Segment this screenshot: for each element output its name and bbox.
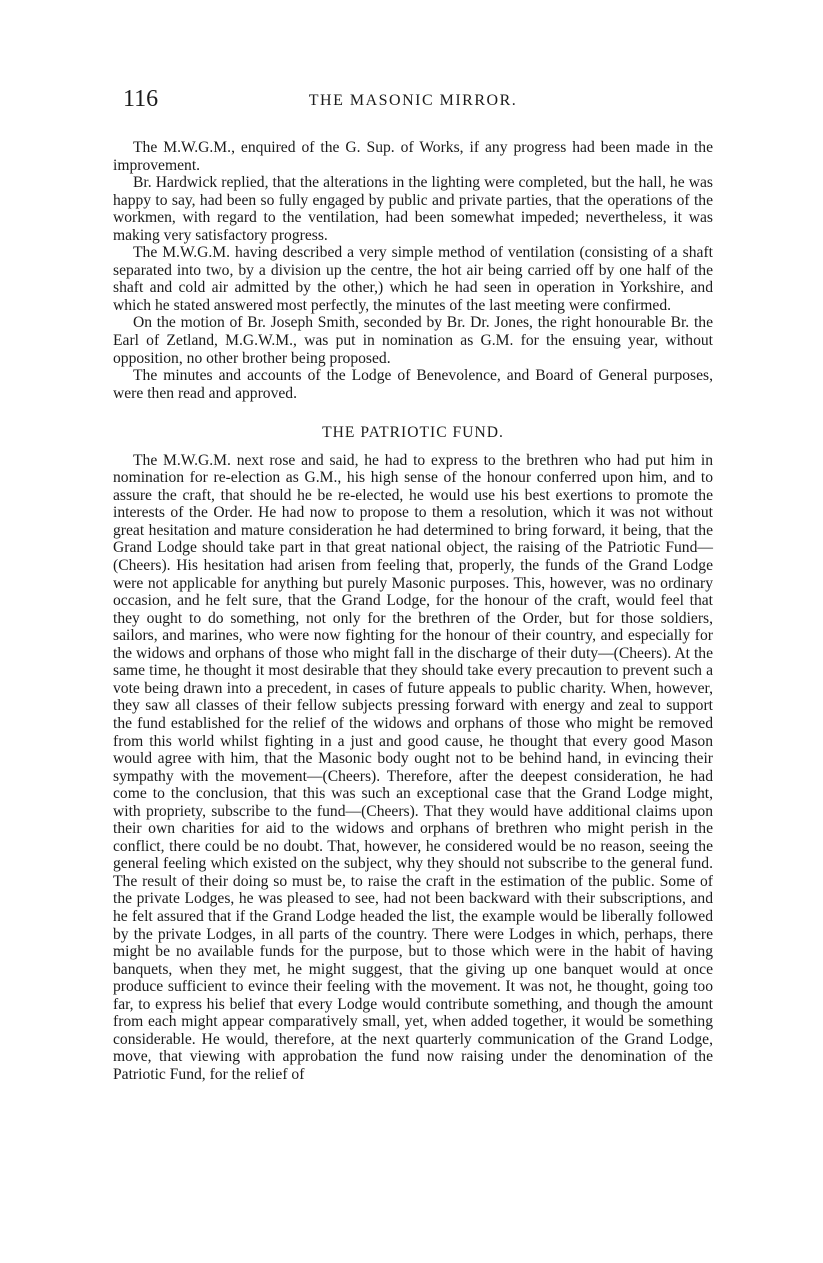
paragraph-hardwick-reply: Br. Hardwick replied, that the alteratio…: [113, 174, 713, 244]
article-body: The M.W.G.M., enquired of the G. Sup. of…: [113, 139, 713, 1083]
running-head: 116 THE MASONIC MIRROR.: [113, 84, 713, 114]
paragraph-minutes-approved: The minutes and accounts of the Lodge of…: [113, 367, 713, 402]
section-heading-patriotic-fund: THE PATRIOTIC FUND.: [113, 424, 713, 442]
paragraph-gsup-works-enquiry: The M.W.G.M., enquired of the G. Sup. of…: [113, 139, 713, 174]
paragraph-patriotic-fund-speech: The M.W.G.M. next rose and said, he had …: [113, 452, 713, 1084]
paragraph-nomination: On the motion of Br. Joseph Smith, secon…: [113, 314, 713, 367]
document-page: 116 THE MASONIC MIRROR. The M.W.G.M., en…: [113, 84, 713, 1083]
paragraph-ventilation-method: The M.W.G.M. having described a very sim…: [113, 244, 713, 314]
journal-title: THE MASONIC MIRROR.: [113, 92, 713, 110]
